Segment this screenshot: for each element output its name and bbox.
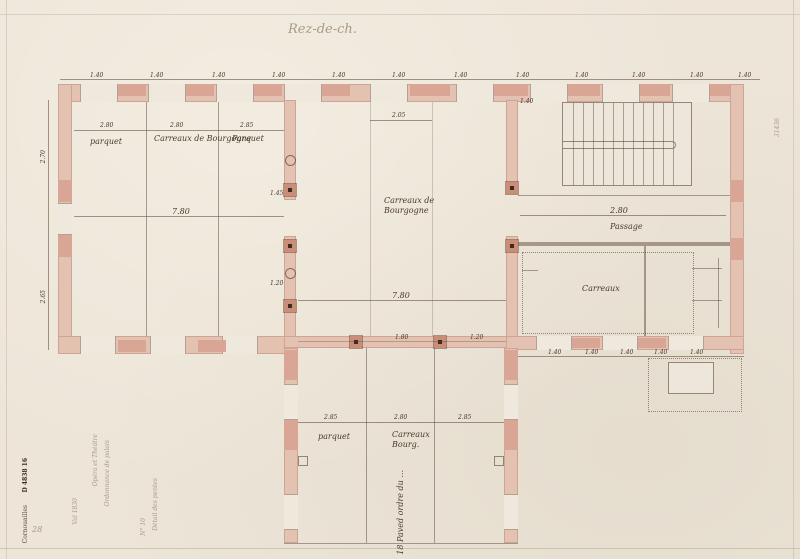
room-label: Carreaux (582, 284, 620, 293)
wall-pier (284, 420, 298, 450)
dimension-line (370, 120, 432, 121)
dimension-line (298, 300, 506, 301)
paper-edge-line (793, 0, 794, 559)
window (504, 494, 518, 530)
wall-pier (198, 340, 226, 352)
window (602, 336, 638, 350)
window (284, 384, 298, 420)
column-post (350, 336, 362, 348)
wall-pier (730, 238, 744, 260)
dimension-label: 1.40 (548, 349, 561, 356)
window (602, 84, 640, 102)
wall-pier (568, 84, 600, 96)
dimension-line (520, 215, 726, 216)
wall-pier (640, 84, 670, 96)
detail-line (522, 270, 538, 271)
room-label: Carreaux de Bourgogne (384, 196, 454, 216)
dimension-label: 2.80 (610, 206, 628, 215)
dimension-label: 1.80 (395, 334, 408, 341)
pencil-note: Détail des pentes (152, 478, 159, 531)
interior-wall (506, 100, 518, 194)
dimension-label: 7.80 (172, 207, 190, 216)
window (504, 384, 518, 420)
room-label: Parquet (232, 134, 264, 143)
dimension-label: 1.40 (90, 72, 103, 79)
stove-circle (285, 268, 296, 279)
wall-pier (284, 350, 298, 380)
wall-pier (572, 338, 600, 348)
plan-sheet: Rez-de-ch. 1.40 1.40 1.40 1.40 1.40 1.40… (0, 0, 800, 559)
wall-pier (118, 340, 146, 352)
wall-pier (504, 350, 518, 380)
fixture-square (298, 456, 308, 466)
dimension-line (518, 356, 744, 357)
dimension-label: 1.45 (270, 190, 283, 197)
wall-pier (58, 180, 72, 202)
dimension-label: 2.80 (100, 122, 113, 129)
column-post (506, 182, 518, 194)
dimension-label: 1.40 (454, 72, 467, 79)
facade-dimension-line (60, 79, 760, 80)
dimension-label: 1.40 (520, 98, 533, 105)
dimension-line (74, 216, 284, 217)
wall-pier (58, 235, 72, 257)
pencil-number: 28 (32, 525, 42, 534)
staircase (562, 102, 692, 186)
wall-pier (186, 84, 214, 96)
dimension-label: 1.40 (212, 72, 225, 79)
dimension-label: 1.20 (270, 280, 283, 287)
dimension-label: 2.05 (392, 112, 405, 119)
dimension-label: 1.40 (272, 72, 285, 79)
window (530, 84, 568, 102)
room-label: Passage (610, 222, 643, 231)
pencil-note: Ordonnance de palais (104, 440, 111, 506)
dimension-label: 1.40 (516, 72, 529, 79)
dimension-label: 1.40 (738, 72, 751, 79)
wall-pier (410, 84, 450, 96)
wall-pier (322, 84, 350, 96)
dimension-line (298, 341, 506, 342)
paper-edge-line (6, 0, 7, 559)
dimension-label: 1.40 (332, 72, 345, 79)
column-post (284, 300, 296, 312)
dimension-label: 2.85 (324, 414, 337, 421)
room-label: parquet (90, 137, 122, 146)
passage-partition (518, 242, 730, 246)
pencil-number: 31436 (774, 118, 781, 137)
floor-division-line (146, 102, 147, 336)
window (668, 336, 704, 350)
room-label: parquet (318, 432, 350, 441)
dimension-label: 1.40 (654, 349, 667, 356)
dimension-line (298, 422, 504, 423)
dimension-label: 1.40 (632, 72, 645, 79)
window (370, 84, 408, 102)
room-label: Carreaux Bourg. (392, 430, 442, 450)
wall-pier (638, 338, 666, 348)
window (222, 336, 258, 354)
dimension-label: 1.40 (690, 349, 703, 356)
dimension-label: 2.70 (40, 150, 47, 163)
dimension-label: 1.40 (150, 72, 163, 79)
pencil-note: Val 1830 (72, 498, 79, 524)
pencil-note: N° 10 (140, 518, 147, 536)
dimension-label: 1.40 (575, 72, 588, 79)
dimension-label: 2.80 (394, 414, 407, 421)
window (216, 84, 254, 102)
dimension-line (74, 130, 284, 131)
window (148, 84, 186, 102)
floor-division-line (366, 348, 367, 543)
column-post (284, 240, 296, 252)
wall-pier (254, 84, 282, 96)
dimension-label: 1.20 (470, 334, 483, 341)
wall-pier (494, 84, 528, 96)
collection-stamp: Cornouailles (22, 505, 29, 543)
dimension-label: 1.40 (620, 349, 633, 356)
wall-pier (118, 84, 146, 96)
column-post (284, 184, 296, 196)
handwritten-note: 18 Paved ordre du ... (396, 470, 405, 555)
stove-circle (285, 155, 296, 166)
inventory-stamp: D 4838 16 (22, 458, 29, 492)
pencil-note: Opéra et Théâtre (92, 434, 99, 486)
dimension-label: 2.80 (170, 122, 183, 129)
vertical-dimension-line (48, 100, 49, 350)
wall-pier (730, 180, 744, 202)
window (150, 336, 186, 354)
window (80, 84, 118, 102)
window (58, 203, 72, 235)
pencil-title: Rez-de-ch. (288, 22, 357, 37)
window (80, 336, 116, 354)
dimension-label: 1.40 (585, 349, 598, 356)
detail-line (718, 258, 719, 328)
east-wall (730, 84, 744, 354)
dimension-label: 2.85 (458, 414, 471, 421)
dimension-label: 2.85 (240, 122, 253, 129)
passage-line (518, 195, 730, 196)
dimension-label: 1.40 (392, 72, 405, 79)
window (672, 84, 710, 102)
column-post (434, 336, 446, 348)
dimension-label: 2.65 (40, 290, 47, 303)
paper-fold-line (0, 14, 800, 15)
dimension-label: 1.40 (690, 72, 703, 79)
wall-pier (504, 420, 518, 450)
column-post (506, 240, 518, 252)
fixture-square (494, 456, 504, 466)
window (284, 494, 298, 530)
window (536, 336, 572, 350)
exterior-steps (668, 362, 714, 394)
window (456, 84, 494, 102)
dimension-label: 7.80 (392, 291, 410, 300)
east-room-floor-outline (522, 252, 694, 334)
